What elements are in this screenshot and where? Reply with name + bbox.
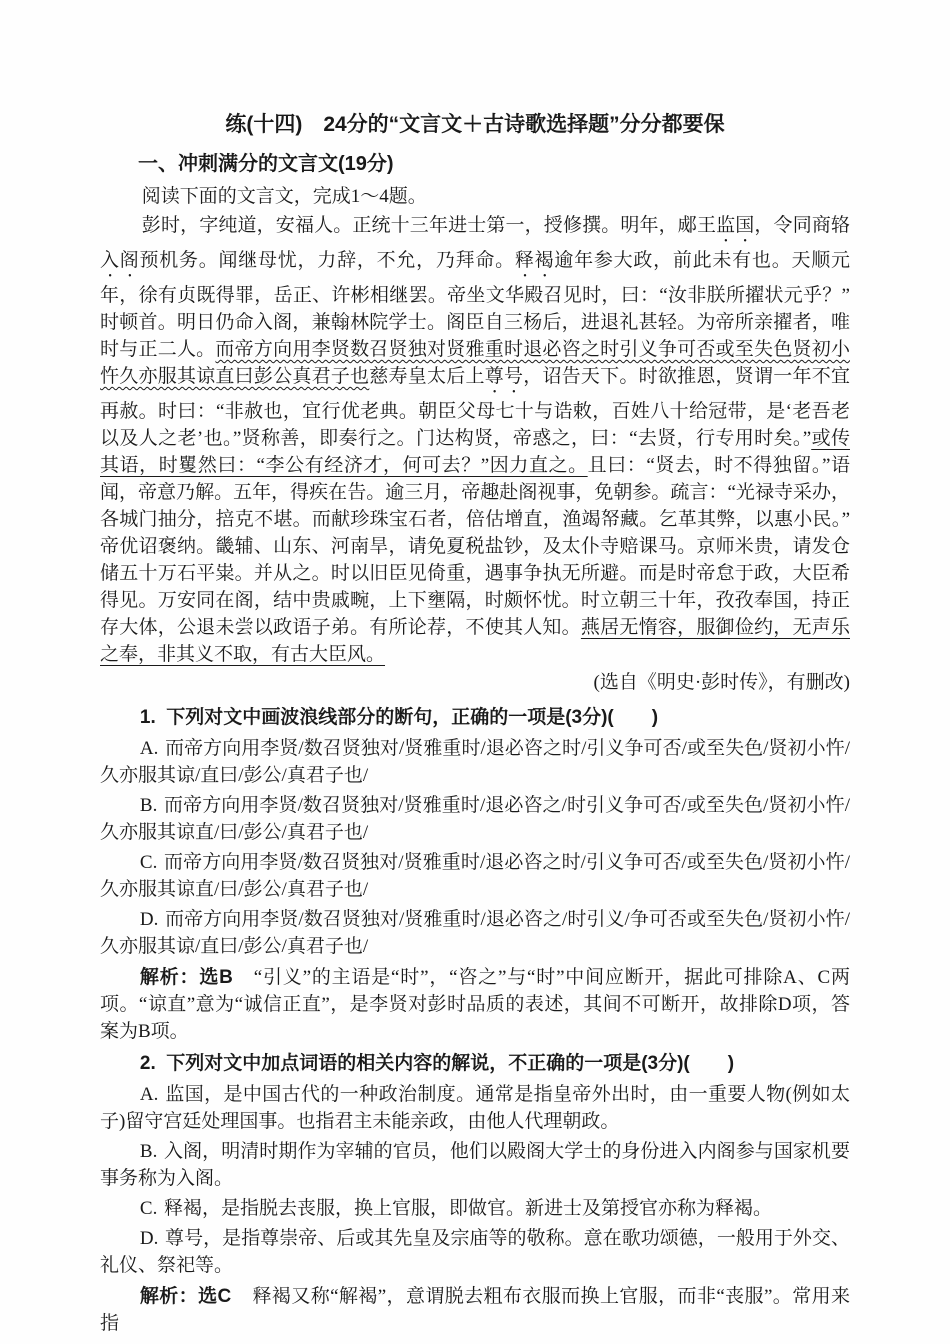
analysis-answer: 选C xyxy=(198,1286,231,1307)
option-b-text: 而帝方向用李贤/数召贤独对/贤雅重时/退必咨之/时引义争可否/或至失色/贤初小忤… xyxy=(100,795,850,843)
option-c-text: 而帝方向用李贤/数召贤独对/贤雅重时/退必咨之时/引义争可否/或至失色/贤初小忤… xyxy=(100,852,850,900)
question-2-number: 2. xyxy=(140,1053,156,1074)
question-2: 2.下列对文中加点词语的相关内容的解说，不正确的一项是(3分)( ) A.监国，… xyxy=(100,1050,850,1337)
passage-segment-dots: 释褐 xyxy=(515,250,555,271)
analysis-label: 解析： xyxy=(140,1286,198,1307)
passage-text: 彭时，字纯道，安福人。正统十三年进士第一，授修撰。明年，郕王监国，令同商辂入阁预… xyxy=(100,212,850,668)
question-2-option-c: C.释褐，是指脱去丧服，换上官服，即做官。新进士及第授官亦称为释褐。 xyxy=(100,1195,850,1222)
question-1-analysis: 解析：选B“引义”的主语是“时”，“咨之”与“时”中间应断开，据此可排除A、C两… xyxy=(100,964,850,1045)
passage-segment-normal: 慈寿皇太后上 xyxy=(369,366,484,387)
analysis-answer: 选B xyxy=(199,967,233,988)
question-2-option-a: A.监国，是中国古代的一种政治制度。通常是指皇帝外出时，由一重要人物(例如太子)… xyxy=(100,1081,850,1135)
passage-segment-dots: 监国 xyxy=(716,215,754,236)
question-1-option-b: B.而帝方向用李贤/数召贤独对/贤雅重时/退必咨之/时引义争可否/或至失色/贤初… xyxy=(100,792,850,846)
question-1-option-c: C.而帝方向用李贤/数召贤独对/贤雅重时/退必咨之时/引义争可否/或至失色/贤初… xyxy=(100,849,850,903)
question-2-analysis: 解析：选C释褐又称“解褐”，意谓脱去粗布衣服而换上官服，而非“丧服”。常用来指 xyxy=(100,1283,850,1337)
option-d-label: D. xyxy=(140,909,158,930)
analysis-label: 解析： xyxy=(140,967,199,988)
page-title: 练(十四) 24分的“文言文＋古诗歌选择题”分分都要保 xyxy=(100,110,850,140)
passage-segment-normal: ，令同商辂 xyxy=(754,215,850,236)
passage-source: (选自《明史·彭时传》，有删改) xyxy=(100,669,850,696)
option-a-text: 监国，是中国古代的一种政治制度。通常是指皇帝外出时，由一重要人物(例如太子)留守… xyxy=(100,1084,850,1132)
question-1-stem: 1.下列对文中画波浪线部分的断句，正确的一项是(3分)( ) xyxy=(100,704,850,731)
option-c-text: 释褐，是指脱去丧服，换上官服，即做官。新进士及第授官亦称为释褐。 xyxy=(164,1198,772,1219)
question-1-option-a: A.而帝方向用李贤/数召贤独对/贤雅重时/退必咨之时/引义争可否/或至失色/贤初… xyxy=(100,735,850,789)
reading-instruction: 阅读下面的文言文，完成1～4题。 xyxy=(100,183,850,210)
option-d-text: 而帝方向用李贤/数召贤独对/贤雅重时/退必咨之/时引义/争可否或至失色/贤初小忤… xyxy=(100,909,850,957)
option-d-label: D. xyxy=(140,1228,158,1249)
passage-segment-normal: 且曰：“贤去，时不得独留。”语闻，帝意乃解。五年，得疾在告。逾三月，帝趣赴阁视事… xyxy=(100,455,850,638)
question-2-stem: 2.下列对文中加点词语的相关内容的解说，不正确的一项是(3分)( ) xyxy=(100,1050,850,1077)
option-d-text: 尊号，是指尊崇帝、后或其先皇及宗庙等的敬称。意在歌功颂德，一般用于外交、礼仪、祭… xyxy=(100,1228,850,1276)
option-c-label: C. xyxy=(140,852,157,873)
question-1: 1.下列对文中画波浪线部分的断句，正确的一项是(3分)( ) A.而帝方向用李贤… xyxy=(100,704,850,1045)
passage-segment-dots: 入阁 xyxy=(100,250,140,271)
option-c-label: C. xyxy=(140,1198,157,1219)
question-1-stem-text: 下列对文中画波浪线部分的断句，正确的一项是(3分)( ) xyxy=(166,707,658,728)
option-a-text: 而帝方向用李贤/数召贤独对/贤雅重时/退必咨之时/引义争可否/或至失色/贤初小忤… xyxy=(100,738,850,786)
option-b-label: B. xyxy=(140,1141,157,1162)
option-a-label: A. xyxy=(140,1084,158,1105)
option-b-label: B. xyxy=(140,795,157,816)
question-2-option-b: B.入阁，明清时期作为宰辅的官员，他们以殿阁大学士的身份进入内阁参与国家机要事务… xyxy=(100,1138,850,1192)
question-2-option-d: D.尊号，是指尊崇帝、后或其先皇及宗庙等的敬称。意在歌功颂德，一般用于外交、礼仪… xyxy=(100,1225,850,1279)
option-b-text: 入阁，明清时期作为宰辅的官员，他们以殿阁大学士的身份进入内阁参与国家机要事务称为… xyxy=(100,1141,850,1189)
option-a-label: A. xyxy=(140,738,158,759)
section-heading: 一、冲刺满分的文言文(19分) xyxy=(100,149,850,179)
exam-document-page: 练(十四) 24分的“文言文＋古诗歌选择题”分分都要保 一、冲刺满分的文言文(1… xyxy=(0,0,950,1344)
passage-segment-normal: 预机务。闻继母忧，力辞，不允，乃拜命。 xyxy=(140,250,515,271)
passage-segment-dots: 尊号 xyxy=(485,366,523,387)
passage-segment-normal: 彭时，字纯道，安福人。正统十三年进士第一，授修撰。明年，郕王 xyxy=(142,215,716,236)
question-2-stem-text: 下列对文中加点词语的相关内容的解说，不正确的一项是(3分)( ) xyxy=(166,1053,734,1074)
question-1-option-d: D.而帝方向用李贤/数召贤独对/贤雅重时/退必咨之/时引义/争可否或至失色/贤初… xyxy=(100,906,850,960)
question-1-number: 1. xyxy=(140,707,156,728)
